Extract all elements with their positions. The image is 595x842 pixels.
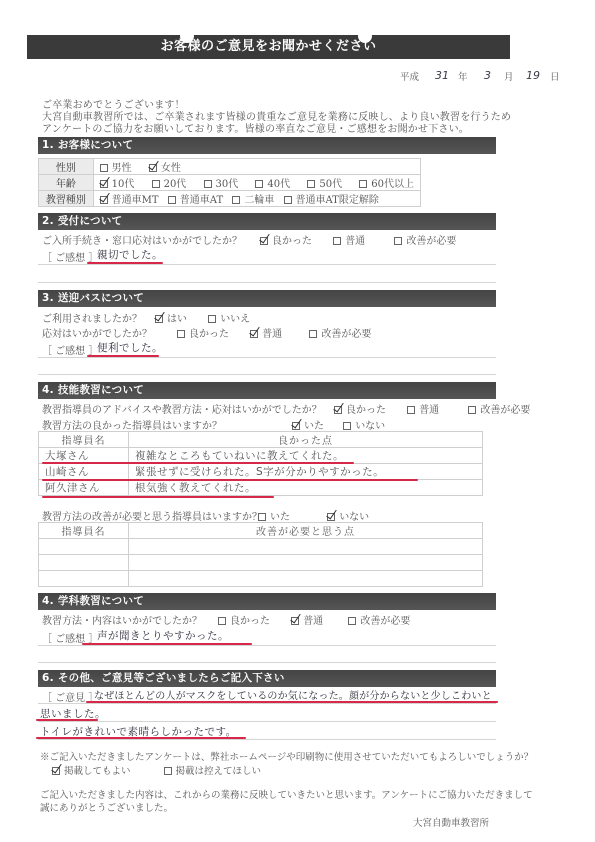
- instructor-advice-question: 教習指導員のアドバイスや教習方法・応対はいかがでしたか？: [42, 405, 322, 416]
- table-row: [39, 539, 483, 555]
- checkbox-checked-icon[interactable]: [334, 406, 342, 414]
- option-yes-there-was[interactable]: いた: [292, 417, 324, 432]
- option-age-10s[interactable]: 10代: [100, 175, 135, 190]
- option-normal[interactable]: 普通: [250, 325, 282, 340]
- date-year[interactable]: 31: [435, 69, 449, 82]
- column-header-instructor: 指導員名: [39, 523, 129, 539]
- improvement-point[interactable]: [129, 539, 483, 555]
- table-header-row: 指導員名 良かった点: [39, 432, 483, 448]
- checkbox-checked-icon[interactable]: [52, 767, 60, 775]
- option-good[interactable]: 良かった: [218, 612, 270, 627]
- option-normal[interactable]: 普通: [333, 232, 365, 247]
- section-heading-driving-lessons: 4. 技能教習について: [38, 382, 496, 399]
- checkbox-icon[interactable]: [258, 513, 266, 521]
- classroom-question-row: 教習方法・内容はいかがでしたか？ 良かった 普通 改善が必要: [42, 612, 482, 626]
- checkbox-icon[interactable]: [168, 196, 176, 204]
- checkbox-checked-icon[interactable]: [149, 164, 157, 172]
- page-title: お客様のご意見をお聞かせください: [27, 35, 510, 59]
- bus-comment[interactable]: 便利でした。: [97, 340, 163, 355]
- closing-line-1: ご記入いただきました内容は、これからの業務に反映していきたいと思います。アンケー…: [40, 787, 533, 801]
- checkbox-checked-icon[interactable]: [260, 237, 268, 245]
- instructor-name[interactable]: [39, 571, 129, 587]
- checkbox-checked-icon[interactable]: [250, 330, 258, 338]
- age-label: 年齢: [39, 175, 94, 191]
- option-yes[interactable]: はい: [155, 310, 187, 325]
- option-age-40s[interactable]: 40代: [255, 175, 290, 190]
- option-needs-improvement[interactable]: 改善が必要: [394, 232, 456, 247]
- checkbox-icon[interactable]: [468, 406, 476, 414]
- checkbox-icon[interactable]: [204, 180, 212, 188]
- date-year-unit: 年: [458, 69, 468, 83]
- checkbox-icon[interactable]: [100, 164, 108, 172]
- section-heading-classroom-lessons: 4. 学科教習について: [38, 593, 496, 610]
- section-heading-customer: 1. お客様について: [38, 137, 496, 154]
- checkbox-icon[interactable]: [177, 330, 185, 338]
- checkbox-checked-icon[interactable]: [100, 196, 108, 204]
- good-point[interactable]: 根気強く教えてくれた。: [129, 480, 483, 496]
- section-heading-reception: 2. 受付について: [38, 213, 496, 230]
- option-at-limit-removal[interactable]: 普通車AT限定解除: [284, 191, 379, 206]
- improve-instructor-table: 指導員名 改善が必要と思う点: [38, 522, 483, 587]
- option-motorcycle[interactable]: 二輪車: [232, 191, 274, 206]
- improvement-point[interactable]: [129, 555, 483, 571]
- reception-comment[interactable]: 親切でした。: [97, 247, 163, 262]
- good-instructor-row: 教習方法の良かった指導員はいますか？ いた いない: [42, 417, 482, 431]
- instructor-name[interactable]: [39, 555, 129, 571]
- gender-row: 性別 男性 女性: [39, 159, 421, 175]
- date-day[interactable]: 19: [526, 69, 540, 82]
- bus-used-question: ご利用されましたか？: [42, 314, 142, 325]
- publish-question: ※ご記入いただきましたアンケートは、弊社ホームページや印刷物に使用させていただい…: [40, 749, 533, 763]
- checkbox-icon[interactable]: [407, 406, 415, 414]
- gender-label: 性別: [39, 159, 94, 175]
- comment-line: [38, 662, 496, 663]
- option-female[interactable]: 女性: [149, 159, 181, 174]
- reception-question: ご入所手続き・窓口応対はいかがでしたか？: [42, 236, 242, 247]
- option-yes-there-was[interactable]: いた: [258, 508, 290, 523]
- option-needs-improvement[interactable]: 改善が必要: [468, 401, 530, 416]
- comment-line: [38, 645, 496, 646]
- column-header-good-points: 良かった点: [129, 432, 483, 448]
- option-normal[interactable]: 普通: [291, 612, 323, 627]
- checkbox-checked-icon[interactable]: [292, 422, 300, 430]
- date-day-unit: 日: [550, 69, 560, 83]
- course-type-row: 教習種別 普通車MT 普通車AT 二輪車 普通車AT限定解除: [39, 191, 421, 207]
- option-publish-ok[interactable]: 掲載してもよい: [52, 763, 131, 777]
- date-era: 平成: [400, 69, 419, 83]
- checkbox-icon[interactable]: [333, 237, 341, 245]
- date-month[interactable]: 3: [484, 69, 491, 82]
- improve-instructor-row: 教習方法の改善が必要と思う指導員はいますか？ いた いない: [42, 508, 482, 522]
- course-type-label: 教習種別: [39, 191, 94, 207]
- comment-line: [38, 703, 496, 704]
- option-male[interactable]: 男性: [100, 159, 132, 174]
- age-row: 年齢 10代 20代 30代 40代 50代 60代以上: [39, 175, 421, 191]
- instructor-advice-row: 教習指導員のアドバイスや教習方法・応対はいかがでしたか？ 良かった 普通 改善が…: [42, 401, 502, 415]
- section-heading-other: 6. その他、ご意見等ございましたらご記入下さい: [38, 670, 496, 687]
- option-needs-improvement[interactable]: 改善が必要: [348, 612, 410, 627]
- instructor-name[interactable]: 阿久津さん: [39, 480, 129, 496]
- column-header-improvement-points: 改善が必要と思う点: [129, 523, 483, 539]
- classroom-question: 教習方法・内容はいかがでしたか？: [42, 616, 202, 627]
- checkbox-icon[interactable]: [307, 180, 315, 188]
- checkbox-checked-icon[interactable]: [291, 617, 299, 625]
- comment-line: [38, 264, 496, 265]
- checkbox-icon[interactable]: [394, 237, 402, 245]
- signature: 大宮自動車教習所: [413, 815, 489, 829]
- date-month-unit: 月: [504, 69, 514, 83]
- closing-line-2: 誠にありがとうございました。: [40, 800, 173, 814]
- option-regular-mt[interactable]: 普通車MT: [100, 191, 159, 206]
- checkbox-checked-icon[interactable]: [100, 180, 108, 188]
- table-row: [39, 571, 483, 587]
- bus-used-row: ご利用されましたか？ はい いいえ: [42, 310, 482, 324]
- improvement-point[interactable]: [129, 571, 483, 587]
- option-regular-at[interactable]: 普通車AT: [168, 191, 223, 206]
- checkbox-icon[interactable]: [359, 180, 367, 188]
- option-needs-improvement[interactable]: 改善が必要: [309, 325, 371, 340]
- column-header-instructor: 指導員名: [39, 432, 129, 448]
- option-none[interactable]: いない: [327, 508, 369, 523]
- section-heading-shuttle-bus: 3. 送迎バスについて: [38, 290, 496, 307]
- reception-question-row: ご入所手続き・窓口応対はいかがでしたか？ 良かった 普通 改善が必要: [42, 232, 482, 246]
- comment-line: [38, 721, 496, 722]
- good-point[interactable]: 緊張せずに受けられた。S字が分かりやすかった。: [129, 464, 483, 480]
- checkbox-icon[interactable]: [309, 330, 317, 338]
- option-age-60s-plus[interactable]: 60代以上: [359, 175, 414, 190]
- option-publish-decline[interactable]: 掲載は控えてほしい: [164, 763, 262, 777]
- date-row: 平成 31 年 3 月 19 日: [400, 67, 570, 85]
- option-good[interactable]: 良かった: [260, 232, 312, 247]
- red-underline: [42, 479, 418, 481]
- checkbox-icon[interactable]: [164, 767, 172, 775]
- customer-info-table: 性別 男性 女性 年齢 10代 20代 30代 40代 50代 60代以上 教習…: [38, 158, 421, 207]
- table-row: 山崎さん 緊張せずに受けられた。S字が分かりやすかった。: [39, 464, 483, 480]
- option-age-30s[interactable]: 30代: [204, 175, 239, 190]
- checkbox-checked-icon[interactable]: [155, 315, 163, 323]
- bus-service-row: 応対はいかがでしたか？ 良かった 普通 改善が必要: [42, 325, 482, 339]
- checkbox-icon[interactable]: [218, 617, 226, 625]
- checkbox-checked-icon[interactable]: [327, 513, 335, 521]
- option-normal[interactable]: 普通: [407, 401, 439, 416]
- table-header-row: 指導員名 改善が必要と思う点: [39, 523, 483, 539]
- opinion-line-1[interactable]: なぜほとんどの人がマスクをしているのか気になった。顔が分からないと少しこわいと: [94, 687, 492, 702]
- option-age-20s[interactable]: 20代: [152, 175, 187, 190]
- checkbox-icon[interactable]: [255, 180, 263, 188]
- option-good[interactable]: 良かった: [177, 325, 229, 340]
- red-underline: [42, 462, 354, 464]
- checkbox-icon[interactable]: [232, 196, 240, 204]
- checkbox-icon[interactable]: [343, 422, 351, 430]
- publish-options-row: 掲載してもよい 掲載は控えてほしい: [52, 763, 275, 777]
- checkbox-icon[interactable]: [348, 617, 356, 625]
- classroom-comment[interactable]: 声が聞きとりやすかった。: [97, 628, 229, 643]
- comment-line: [38, 374, 496, 375]
- option-age-50s[interactable]: 50代: [307, 175, 342, 190]
- bus-service-question: 応対はいかがでしたか？: [42, 329, 152, 340]
- comment-line: [38, 282, 496, 283]
- checkbox-icon[interactable]: [284, 196, 292, 204]
- table-row: 阿久津さん 根気強く教えてくれた。: [39, 480, 483, 496]
- instructor-name[interactable]: [39, 539, 129, 555]
- option-no[interactable]: いいえ: [208, 310, 250, 325]
- comment-line: [38, 739, 496, 740]
- table-row: [39, 555, 483, 571]
- option-none[interactable]: いない: [343, 417, 385, 432]
- option-good[interactable]: 良かった: [334, 401, 386, 416]
- instructor-name[interactable]: 山崎さん: [39, 464, 129, 480]
- checkbox-icon[interactable]: [208, 315, 216, 323]
- red-underline: [42, 496, 274, 498]
- intro-line-3: アンケートのご協力をお願いしております。皆様の率直なご意見・ご感想をお聞かせ下さ…: [42, 120, 469, 135]
- comment-line: [38, 357, 496, 358]
- checkbox-icon[interactable]: [152, 180, 160, 188]
